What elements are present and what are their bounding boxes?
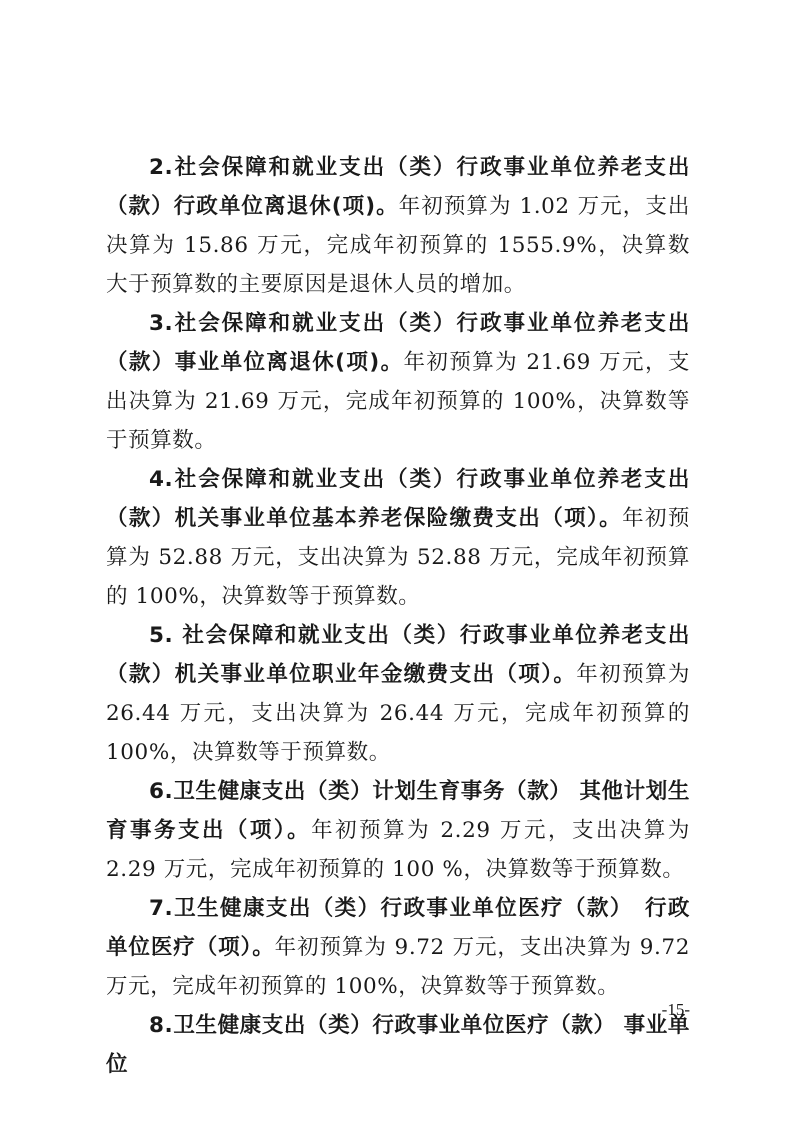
- paragraph-item-6: 6.卫生健康支出（类）计划生育事务（款） 其他计划生育事务支出（项）。年初预算为…: [106, 772, 690, 889]
- paragraph-item-2: 2.社会保障和就业支出（类）行政事业单位养老支出（款）行政单位离退休(项)。年初…: [106, 148, 690, 304]
- paragraph-heading: 4.社会保障和就业支出（类）行政事业单位养老支出（款）机关事业单位基本养老保险缴…: [106, 467, 690, 531]
- paragraph-item-3: 3.社会保障和就业支出（类）行政事业单位养老支出（款）事业单位离退休(项)。年初…: [106, 304, 690, 460]
- paragraph-item-7: 7.卫生健康支出（类）行政事业单位医疗（款） 行政单位医疗（项）。年初预算为 9…: [106, 889, 690, 1006]
- paragraph-item-8: 8.卫生健康支出（类）行政事业单位医疗（款） 事业单位: [106, 1006, 690, 1084]
- paragraph-item-5: 5. 社会保障和就业支出（类）行政事业单位养老支出（款）机关事业单位职业年金缴费…: [106, 616, 690, 772]
- page-number: -15-: [662, 1000, 690, 1020]
- paragraph-item-4: 4.社会保障和就业支出（类）行政事业单位养老支出（款）机关事业单位基本养老保险缴…: [106, 460, 690, 616]
- document-page: 2.社会保障和就业支出（类）行政事业单位养老支出（款）行政单位离退休(项)。年初…: [106, 148, 690, 1084]
- paragraph-heading: 8.卫生健康支出（类）行政事业单位医疗（款） 事业单位: [106, 1013, 690, 1077]
